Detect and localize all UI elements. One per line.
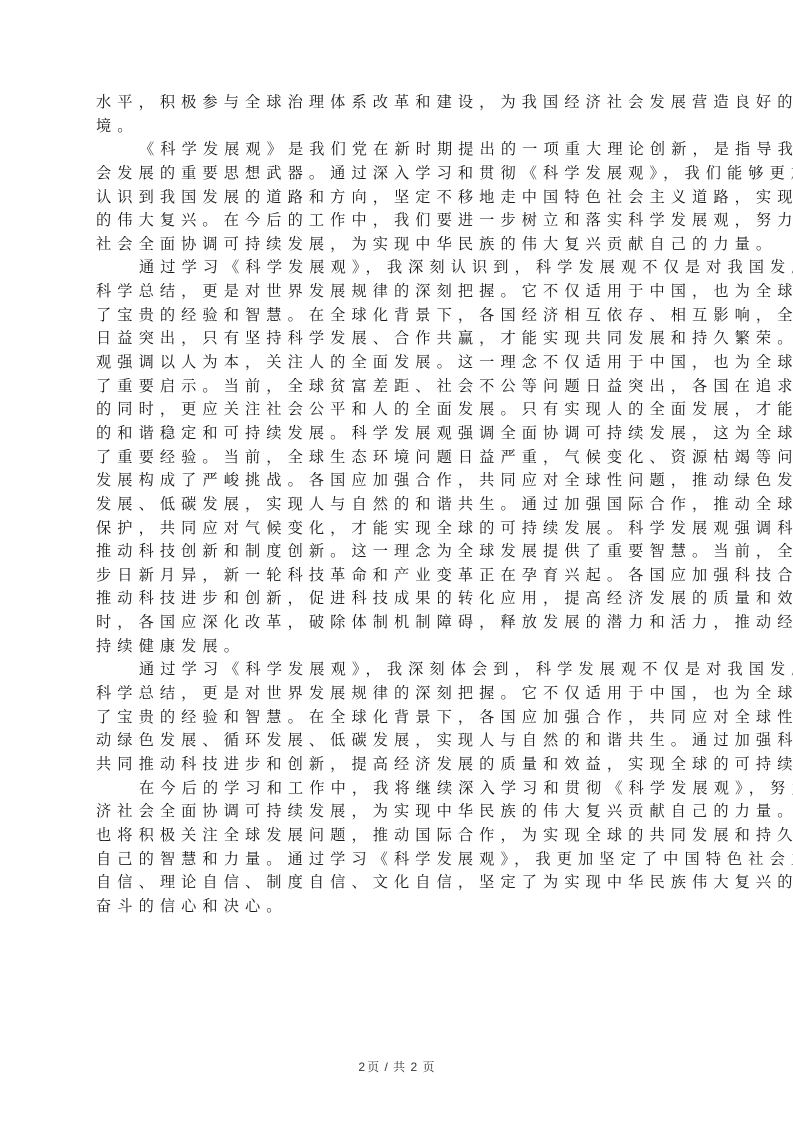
text-line: 自信、理论自信、制度自信、文化自信，坚定了为实现中华民族伟大复兴的中国梦而 — [96, 871, 700, 895]
paragraph: 通过学习《科学发展观》，我深刻认识到，科学发展观不仅是对我国发展道路的科学总结，… — [96, 256, 700, 658]
text-line: 奋斗的信心和决心。 — [96, 895, 700, 919]
text-line: 日益突出，只有坚持科学发展、合作共赢，才能实现共同发展和持久繁荣。科学发展 — [96, 327, 700, 351]
text-line: 社会全面协调可持续发展，为实现中华民族的伟大复兴贡献自己的力量。 — [96, 233, 700, 257]
total-pages-number: 2 — [411, 1060, 418, 1074]
total-suffix: 页 — [423, 1060, 435, 1074]
text-line: 也将积极关注全球发展问题，推动国际合作，为实现全球的共同发展和持久繁荣贡献 — [96, 824, 700, 848]
text-line: 科学总结，更是对世界发展规律的深刻把握。它不仅适用于中国，也为全球发展提供 — [96, 682, 700, 706]
text-line: 了宝贵的经验和智慧。在全球化背景下，各国应加强合作，共同应对全球性问题，推 — [96, 706, 700, 730]
text-line: 动绿色发展、循环发展、低碳发展，实现人与自然的和谐共生。通过加强科技合作， — [96, 729, 700, 753]
text-line: 自己的智慧和力量。通过学习《科学发展观》，我更加坚定了中国特色社会主义道路 — [96, 848, 700, 872]
paragraph: 水平，积极参与全球治理体系改革和建设，为我国经济社会发展营造良好的外部环境。 — [96, 91, 700, 138]
text-line: 科学总结，更是对世界发展规律的深刻把握。它不仅适用于中国，也为全球发展提供 — [96, 280, 700, 304]
text-line: 境。 — [96, 115, 700, 139]
text-line: 推动科技创新和制度创新。这一理念为全球发展提供了重要智慧。当前，全球科技进 — [96, 540, 700, 564]
text-line: 的和谐稳定和可持续发展。科学发展观强调全面协调可持续发展，这为全球发展提供 — [96, 422, 700, 446]
text-line: 通过学习《科学发展观》，我深刻体会到，科学发展观不仅是对我国发展道路的 — [96, 658, 700, 682]
text-line: 发展、低碳发展，实现人与自然的和谐共生。通过加强国际合作，推动全球生态环境 — [96, 493, 700, 517]
text-line: 步日新月异，新一轮科技革命和产业变革正在孕育兴起。各国应加强科技合作，共同 — [96, 564, 700, 588]
text-line: 的同时，更应关注社会公平和人的全面发展。只有实现人的全面发展，才能实现社会 — [96, 398, 700, 422]
text-line: 共同推动科技进步和创新，提高经济发展的质量和效益，实现全球的可持续发展。 — [96, 753, 700, 777]
text-line: 水平，积极参与全球治理体系改革和建设，为我国经济社会发展营造良好的外部环 — [96, 91, 700, 115]
text-line: 通过学习《科学发展观》，我深刻认识到，科学发展观不仅是对我国发展道路的 — [96, 256, 700, 280]
text-line: 了重要启示。当前，全球贫富差距、社会不公等问题日益突出，各国在追求经济增长 — [96, 375, 700, 399]
document-body: 水平，积极参与全球治理体系改革和建设，为我国经济社会发展营造良好的外部环境。《科… — [96, 91, 700, 918]
text-line: 持续健康发展。 — [96, 635, 700, 659]
text-line: 《科学发展观》是我们党在新时期提出的一项重大理论创新，是指导我国经济社 — [96, 138, 700, 162]
page-footer: 2页 / 共 2 页 — [0, 1058, 793, 1075]
text-line: 时，各国应深化改革，破除体制机制障碍，释放发展的潜力和活力，推动经济社会的 — [96, 611, 700, 635]
paragraph: 在今后的学习和工作中，我将继续深入学习和贯彻《科学发展观》，努力推动经济社会全面… — [96, 777, 700, 919]
page-separator: / — [384, 1060, 387, 1074]
text-line: 观强调以人为本，关注人的全面发展。这一理念不仅适用于中国，也为全球发展提供 — [96, 351, 700, 375]
text-line: 推动科技进步和创新，促进科技成果的转化应用，提高经济发展的质量和效益。同 — [96, 587, 700, 611]
text-line: 济社会全面协调可持续发展，为实现中华民族的伟大复兴贡献自己的力量。同时，我 — [96, 800, 700, 824]
text-line: 保护，共同应对气候变化，才能实现全球的可持续发展。科学发展观强调科学发展， — [96, 517, 700, 541]
paragraph: 通过学习《科学发展观》，我深刻体会到，科学发展观不仅是对我国发展道路的科学总结，… — [96, 658, 700, 776]
text-line: 在今后的学习和工作中，我将继续深入学习和贯彻《科学发展观》，努力推动经 — [96, 777, 700, 801]
total-label: 共 — [393, 1060, 405, 1074]
text-line: 发展构成了严峻挑战。各国应加强合作，共同应对全球性问题，推动绿色发展、循环 — [96, 469, 700, 493]
paragraph: 《科学发展观》是我们党在新时期提出的一项重大理论创新，是指导我国经济社会发展的重… — [96, 138, 700, 256]
page-label: 页 — [367, 1060, 379, 1074]
text-line: 的伟大复兴。在今后的工作中，我们要进一步树立和落实科学发展观，努力推动经济 — [96, 209, 700, 233]
text-line: 认识到我国发展的道路和方向，坚定不移地走中国特色社会主义道路，实现中华民族 — [96, 186, 700, 210]
current-page-number: 2 — [358, 1060, 365, 1074]
text-line: 了重要经验。当前，全球生态环境问题日益严重，气候变化、资源枯竭等问题对全球 — [96, 446, 700, 470]
text-line: 会发展的重要思想武器。通过深入学习和贯彻《科学发展观》，我们能够更加清晰地 — [96, 162, 700, 186]
text-line: 了宝贵的经验和智慧。在全球化背景下，各国经济相互依存、相互影响，全球性问题 — [96, 304, 700, 328]
